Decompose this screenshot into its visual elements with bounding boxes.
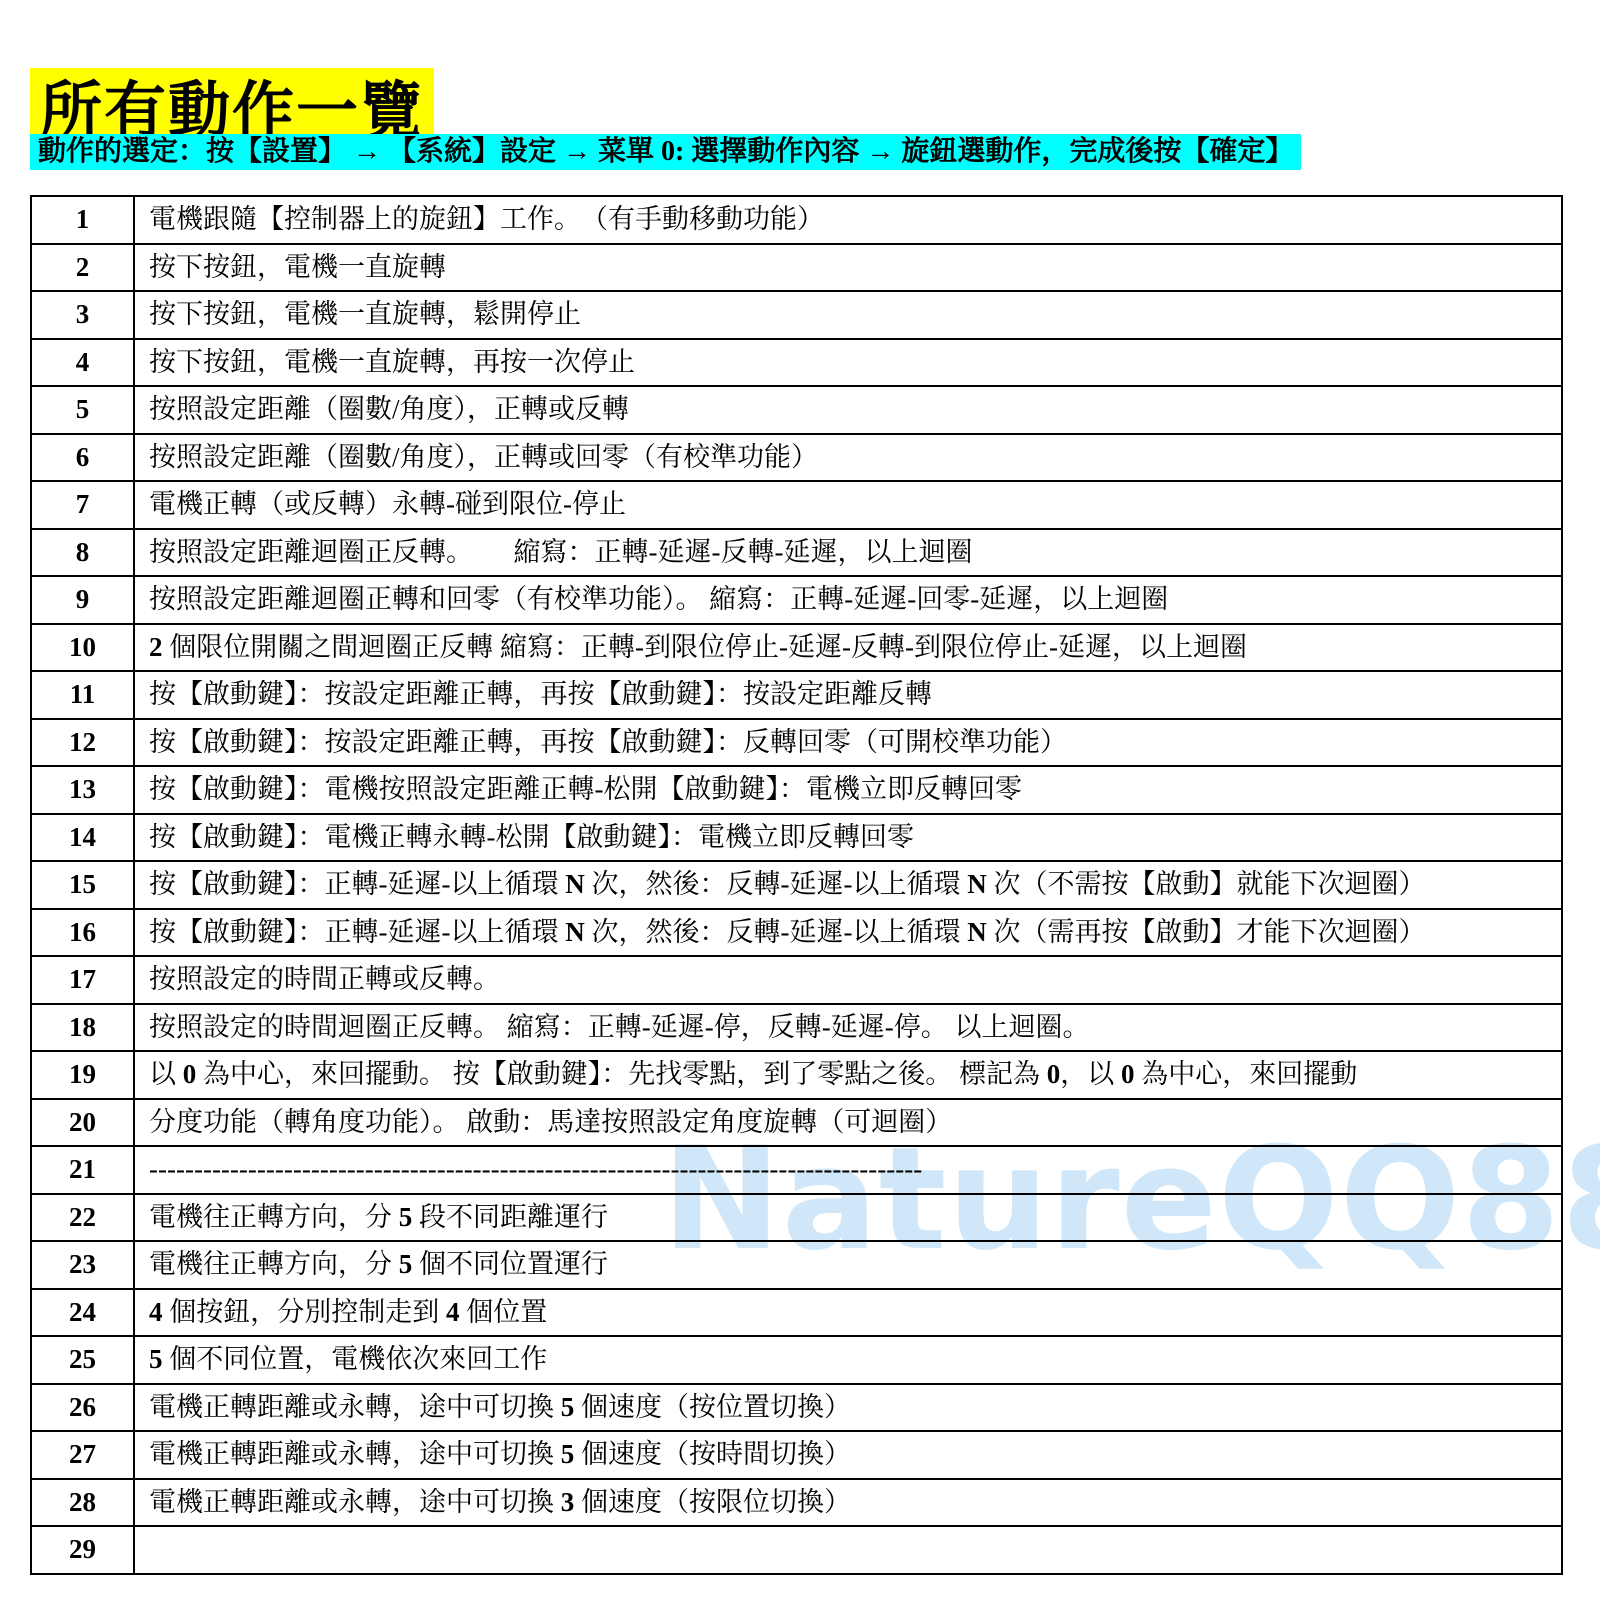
action-description: 按下按鈕，電機一直旋轉: [134, 244, 1562, 292]
action-description: 電機往正轉方向，分 5 段不同距離運行: [134, 1194, 1562, 1242]
table-row: 14 按【啟動鍵】：電機正轉永轉-松開【啟動鍵】：電機立即反轉回零: [31, 814, 1562, 862]
action-number: 28: [31, 1479, 134, 1527]
table-row: 5 按照設定距離（圈數/角度），正轉或反轉: [31, 386, 1562, 434]
action-description: 按下按鈕，電機一直旋轉，鬆開停止: [134, 291, 1562, 339]
action-number: 21: [31, 1146, 134, 1194]
action-number: 13: [31, 766, 134, 814]
table-row: 8 按照設定距離迴圈正反轉。 縮寫：正轉-延遲-反轉-延遲，以上迴圈: [31, 529, 1562, 577]
action-number: 8: [31, 529, 134, 577]
action-description: 以 0 為中心，來回擺動。 按【啟動鍵】：先找零點，到了零點之後。 標記為 0，…: [134, 1051, 1562, 1099]
action-number: 27: [31, 1431, 134, 1479]
action-description: 電機往正轉方向，分 5 個不同位置運行: [134, 1241, 1562, 1289]
action-description: 按【啟動鍵】：按設定距離正轉，再按【啟動鍵】：按設定距離反轉: [134, 671, 1562, 719]
action-number: 23: [31, 1241, 134, 1289]
table-row: 22 電機往正轉方向，分 5 段不同距離運行: [31, 1194, 1562, 1242]
action-description: 按照設定的時間正轉或反轉。: [134, 956, 1562, 1004]
action-number: 18: [31, 1004, 134, 1052]
action-number: 5: [31, 386, 134, 434]
action-number: 24: [31, 1289, 134, 1337]
action-description: 按照設定距離迴圈正轉和回零（有校準功能）。 縮寫：正轉-延遲-回零-延遲，以上迴…: [134, 576, 1562, 624]
action-number: 14: [31, 814, 134, 862]
table-row: 15 按【啟動鍵】：正轉-延遲-以上循環 N 次，然後：反轉-延遲-以上循環 N…: [31, 861, 1562, 909]
table-row: 11 按【啟動鍵】：按設定距離正轉，再按【啟動鍵】：按設定距離反轉: [31, 671, 1562, 719]
table-row: 18 按照設定的時間迴圈正反轉。 縮寫：正轉-延遲-停，反轉-延遲-停。 以上迴…: [31, 1004, 1562, 1052]
action-description: 電機正轉距離或永轉，途中可切換 5 個速度（按時間切換）: [134, 1431, 1562, 1479]
table-row: 4 按下按鈕，電機一直旋轉，再按一次停止: [31, 339, 1562, 387]
action-number: 6: [31, 434, 134, 482]
action-number: 16: [31, 909, 134, 957]
action-description: 按照設定的時間迴圈正反轉。 縮寫：正轉-延遲-停，反轉-延遲-停。 以上迴圈。: [134, 1004, 1562, 1052]
action-number: 12: [31, 719, 134, 767]
table-row: 13 按【啟動鍵】：電機按照設定距離正轉-松開【啟動鍵】：電機立即反轉回零: [31, 766, 1562, 814]
table-row: 17 按照設定的時間正轉或反轉。: [31, 956, 1562, 1004]
action-number: 19: [31, 1051, 134, 1099]
action-description: 按下按鈕，電機一直旋轉，再按一次停止: [134, 339, 1562, 387]
action-number: 26: [31, 1384, 134, 1432]
table-row: 24 4 個按鈕，分別控制走到 4 個位置: [31, 1289, 1562, 1337]
table-row: 25 5 個不同位置，電機依次來回工作: [31, 1336, 1562, 1384]
action-number: 4: [31, 339, 134, 387]
actions-table-body: 1 電機跟隨【控制器上的旋鈕】工作。 （有手動移動功能） 2 按下按鈕，電機一直…: [31, 196, 1562, 1574]
action-description: 按【啟動鍵】：電機按照設定距離正轉-松開【啟動鍵】：電機立即反轉回零: [134, 766, 1562, 814]
table-row: 9 按照設定距離迴圈正轉和回零（有校準功能）。 縮寫：正轉-延遲-回零-延遲，以…: [31, 576, 1562, 624]
action-number: 20: [31, 1099, 134, 1147]
action-description: 4 個按鈕，分別控制走到 4 個位置: [134, 1289, 1562, 1337]
action-number: 9: [31, 576, 134, 624]
action-number: 22: [31, 1194, 134, 1242]
action-description: 按【啟動鍵】：電機正轉永轉-松開【啟動鍵】：電機立即反轉回零: [134, 814, 1562, 862]
action-number: 7: [31, 481, 134, 529]
table-row: 28 電機正轉距離或永轉，途中可切換 3 個速度（按限位切換）: [31, 1479, 1562, 1527]
action-number: 17: [31, 956, 134, 1004]
table-row: 29: [31, 1526, 1562, 1574]
action-description: 按照設定距離迴圈正反轉。 縮寫：正轉-延遲-反轉-延遲，以上迴圈: [134, 529, 1562, 577]
table-row: 12 按【啟動鍵】：按設定距離正轉，再按【啟動鍵】：反轉回零（可開校準功能）: [31, 719, 1562, 767]
action-number: 29: [31, 1526, 134, 1574]
action-number: 15: [31, 861, 134, 909]
action-description: [134, 1526, 1562, 1574]
table-row: 23 電機往正轉方向，分 5 個不同位置運行: [31, 1241, 1562, 1289]
action-description: 電機跟隨【控制器上的旋鈕】工作。 （有手動移動功能）: [134, 196, 1562, 244]
table-row: 6 按照設定距離（圈數/角度），正轉或回零（有校準功能）: [31, 434, 1562, 482]
table-row: 2 按下按鈕，電機一直旋轉: [31, 244, 1562, 292]
table-row: 1 電機跟隨【控制器上的旋鈕】工作。 （有手動移動功能）: [31, 196, 1562, 244]
table-row: 10 2 個限位開關之間迴圈正反轉 縮寫：正轉-到限位停止-延遲-反轉-到限位停…: [31, 624, 1562, 672]
action-number: 2: [31, 244, 134, 292]
table-row: 19 以 0 為中心，來回擺動。 按【啟動鍵】：先找零點，到了零點之後。 標記為…: [31, 1051, 1562, 1099]
action-number: 11: [31, 671, 134, 719]
action-description: 電機正轉距離或永轉，途中可切換 3 個速度（按限位切換）: [134, 1479, 1562, 1527]
action-description: ----------------------------------------…: [134, 1146, 1562, 1194]
action-description: 按【啟動鍵】：正轉-延遲-以上循環 N 次，然後：反轉-延遲-以上循環 N 次（…: [134, 909, 1562, 957]
table-row: 27 電機正轉距離或永轉，途中可切換 5 個速度（按時間切換）: [31, 1431, 1562, 1479]
table-row: 20 分度功能（轉角度功能）。 啟動：馬達按照設定角度旋轉（可迴圈）: [31, 1099, 1562, 1147]
action-description: 分度功能（轉角度功能）。 啟動：馬達按照設定角度旋轉（可迴圈）: [134, 1099, 1562, 1147]
table-row: 21 -------------------------------------…: [31, 1146, 1562, 1194]
action-description: 按照設定距離（圈數/角度），正轉或回零（有校準功能）: [134, 434, 1562, 482]
table-row: 7 電機正轉（或反轉）永轉-碰到限位-停止: [31, 481, 1562, 529]
actions-table: 1 電機跟隨【控制器上的旋鈕】工作。 （有手動移動功能） 2 按下按鈕，電機一直…: [30, 195, 1563, 1575]
subtitle-instruction: 動作的選定：按【設置】 → 【系統】設定 → 菜單 0: 選擇動作內容 → 旋鈕…: [30, 134, 1301, 170]
action-number: 25: [31, 1336, 134, 1384]
action-description: 2 個限位開關之間迴圈正反轉 縮寫：正轉-到限位停止-延遲-反轉-到限位停止-延…: [134, 624, 1562, 672]
action-number: 3: [31, 291, 134, 339]
action-number: 10: [31, 624, 134, 672]
action-description: 電機正轉（或反轉）永轉-碰到限位-停止: [134, 481, 1562, 529]
action-description: 5 個不同位置，電機依次來回工作: [134, 1336, 1562, 1384]
action-description: 按【啟動鍵】：正轉-延遲-以上循環 N 次，然後：反轉-延遲-以上循環 N 次（…: [134, 861, 1562, 909]
action-description: 按照設定距離（圈數/角度），正轉或反轉: [134, 386, 1562, 434]
action-description: 電機正轉距離或永轉，途中可切換 5 個速度（按位置切換）: [134, 1384, 1562, 1432]
table-row: 26 電機正轉距離或永轉，途中可切換 5 個速度（按位置切換）: [31, 1384, 1562, 1432]
action-description: 按【啟動鍵】：按設定距離正轉，再按【啟動鍵】：反轉回零（可開校準功能）: [134, 719, 1562, 767]
action-number: 1: [31, 196, 134, 244]
table-row: 3 按下按鈕，電機一直旋轉，鬆開停止: [31, 291, 1562, 339]
table-row: 16 按【啟動鍵】：正轉-延遲-以上循環 N 次，然後：反轉-延遲-以上循環 N…: [31, 909, 1562, 957]
